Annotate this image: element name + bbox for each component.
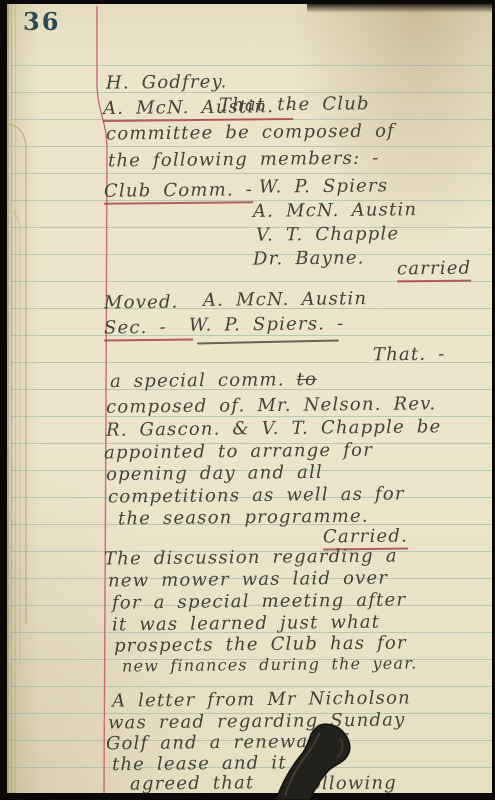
handwritten-line: A letter from Mr Nicholson	[112, 687, 411, 711]
club-comm-label: Club Comm. -	[104, 179, 253, 205]
handwritten-line: Golf and a renewal of	[106, 731, 347, 755]
handwritten-line: Club Comm. -	[104, 179, 253, 202]
handwritten-line: That. -	[373, 344, 446, 366]
committee-member: W. P. Spiers	[259, 175, 388, 197]
handwritten-line: A. McN. Austin	[203, 288, 367, 311]
handwritten-line: R. Gascon. & V. T. Chapple be	[106, 416, 442, 441]
handwritten-line: appointed to arrange for	[104, 440, 373, 464]
handwritten-line: following	[302, 773, 397, 795]
committee-member: Dr. Bayne.	[253, 247, 365, 269]
handwritten-line: Moved.	[104, 292, 179, 314]
carried-note: carried	[397, 258, 472, 280]
ledger-page: 36 H. Godfrey. A. McN. Austin. - That th…	[7, 4, 492, 793]
handwritten-line: the following members: -	[108, 148, 380, 172]
handwritten-line: committee be composed of	[106, 120, 395, 144]
committee-member: V. T. Chapple	[256, 223, 399, 245]
handwritten-line: W. P. Spiers. -	[189, 313, 345, 336]
page-edge-creases	[7, 4, 23, 793]
carried-text: carried	[397, 258, 472, 283]
handwritten-line: for a special meeting after	[112, 589, 406, 613]
handwritten-line: new finances during the year.	[122, 653, 418, 675]
handwritten-line: That the Club	[219, 93, 370, 116]
handwritten-line: new mower was laid over	[108, 568, 388, 592]
committee-member: A. McN. Austin	[253, 199, 417, 222]
handwritten-line: H. Godfrey.	[106, 71, 228, 93]
line-text: a special comm.	[110, 369, 285, 392]
handwritten-line: agreed that	[130, 772, 255, 794]
handwritten-line: prospects the Club has for	[114, 632, 407, 656]
scan-shadow	[307, 4, 492, 13]
carried-note: Carried.	[323, 526, 408, 548]
handwritten-line: Sec. -	[104, 317, 193, 339]
handwritten-line: it was learned just what	[112, 612, 380, 636]
page-number: 36	[23, 7, 60, 36]
handwritten-line: The discussion regarding a	[104, 545, 398, 569]
handwritten-line: opening day and all	[106, 462, 323, 485]
seconder-label: Sec. -	[104, 317, 193, 342]
struck-word: to	[297, 369, 318, 390]
handwritten-line: a special comm. to	[110, 369, 317, 392]
handwritten-line: composed of. Mr. Nelson. Rev.	[106, 393, 437, 417]
handwritten-line: was read regarding Sunday	[108, 709, 406, 733]
handwritten-line: competitions as well as for	[108, 483, 405, 507]
